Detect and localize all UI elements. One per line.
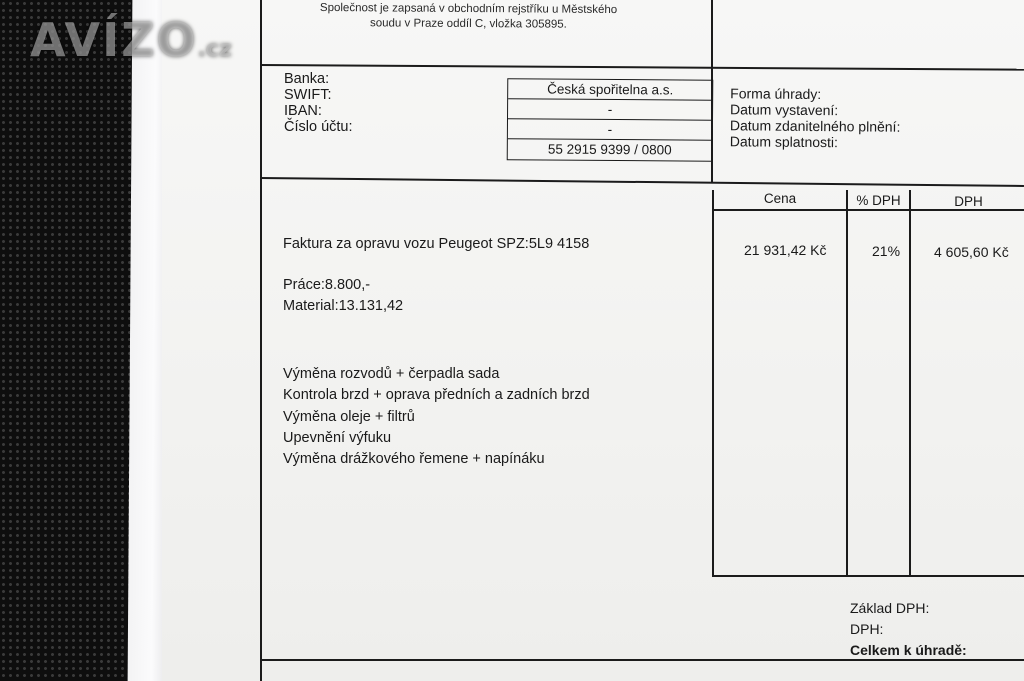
grand-total-label: Celkem k úhradě:: [850, 640, 967, 661]
work-item: Výměna drážkového řemene + napínáku: [283, 449, 590, 470]
registration-line-1: Společnost je zapsaná v obchodním rejstř…: [286, 1, 651, 19]
price-col-left: [712, 190, 714, 576]
due-date-label: Datum splatnosti:: [730, 133, 901, 150]
company-registration: Společnost je zapsaná v obchodním rejstř…: [286, 1, 651, 34]
material-cost: Material:13.131,42: [283, 296, 403, 317]
work-items-list: Výměna rozvodů + čerpadla sada Kontrola …: [283, 364, 590, 470]
registration-line-2: soudu v Praze oddíl C, vložka 305895.: [286, 16, 651, 34]
issue-date-label: Datum vystavení:: [730, 101, 901, 118]
vat-base-label: Základ DPH:: [850, 598, 967, 619]
account-number-value: 55 2915 9399 / 0800: [508, 139, 712, 160]
vat-rate-col-right: [909, 190, 911, 576]
cost-breakdown: Práce:8.800,- Material:13.131,42: [283, 275, 403, 317]
totals: Základ DPH: DPH: Celkem k úhradě:: [850, 598, 967, 661]
swift-value: -: [508, 99, 712, 120]
watermark-tld: .cz: [198, 37, 232, 62]
taxable-date-label: Datum zdanitelného plnění:: [730, 117, 901, 134]
work-item: Výměna rozvodů + čerpadla sada: [283, 364, 590, 385]
header-price: Cena: [714, 191, 846, 206]
vat-total-label: DPH:: [850, 619, 967, 640]
swift-label: SWIFT:: [284, 87, 353, 103]
iban-value: -: [508, 119, 712, 140]
payment-method-label: Forma úhrady:: [730, 85, 901, 102]
bank-values-box: Česká spořitelna a.s. - - 55 2915 9399 /…: [507, 78, 714, 161]
bank-name-value: Česká spořitelna a.s.: [508, 79, 712, 100]
watermark-logo: AVÍZO.cz: [30, 17, 232, 63]
account-number-label: Číslo účtu:: [284, 119, 353, 135]
background-fabric: [0, 0, 134, 681]
header-vat: DPH: [911, 194, 1024, 209]
bank-labels: Banka: SWIFT: IBAN: Číslo účtu:: [284, 71, 353, 135]
table-header-line: [712, 209, 1024, 211]
bank-label: Banka:: [284, 71, 353, 87]
work-item: Upevnění výfuku: [283, 428, 590, 449]
work-item: Výměna oleje + filtrů: [283, 407, 590, 428]
vat-rate-value: 21%: [872, 243, 900, 259]
iban-label: IBAN:: [284, 103, 353, 119]
invoice-title: Faktura za opravu vozu Peugeot SPZ:5L9 4…: [283, 236, 589, 252]
vat-value: 4 605,60 Kč: [934, 244, 1009, 260]
payment-info: Forma úhrady: Datum vystavení: Datum zda…: [730, 85, 901, 150]
watermark-brand: AVÍZO: [30, 13, 198, 67]
header-vat-rate: % DPH: [848, 193, 909, 208]
price-value: 21 931,42 Kč: [744, 242, 827, 258]
work-item: Kontrola brzd + oprava předních a zadníc…: [283, 385, 590, 406]
table-bottom-line: [712, 575, 1024, 577]
price-col-right: [846, 190, 848, 576]
labor-cost: Práce:8.800,-: [283, 275, 403, 296]
left-border: [260, 0, 262, 681]
